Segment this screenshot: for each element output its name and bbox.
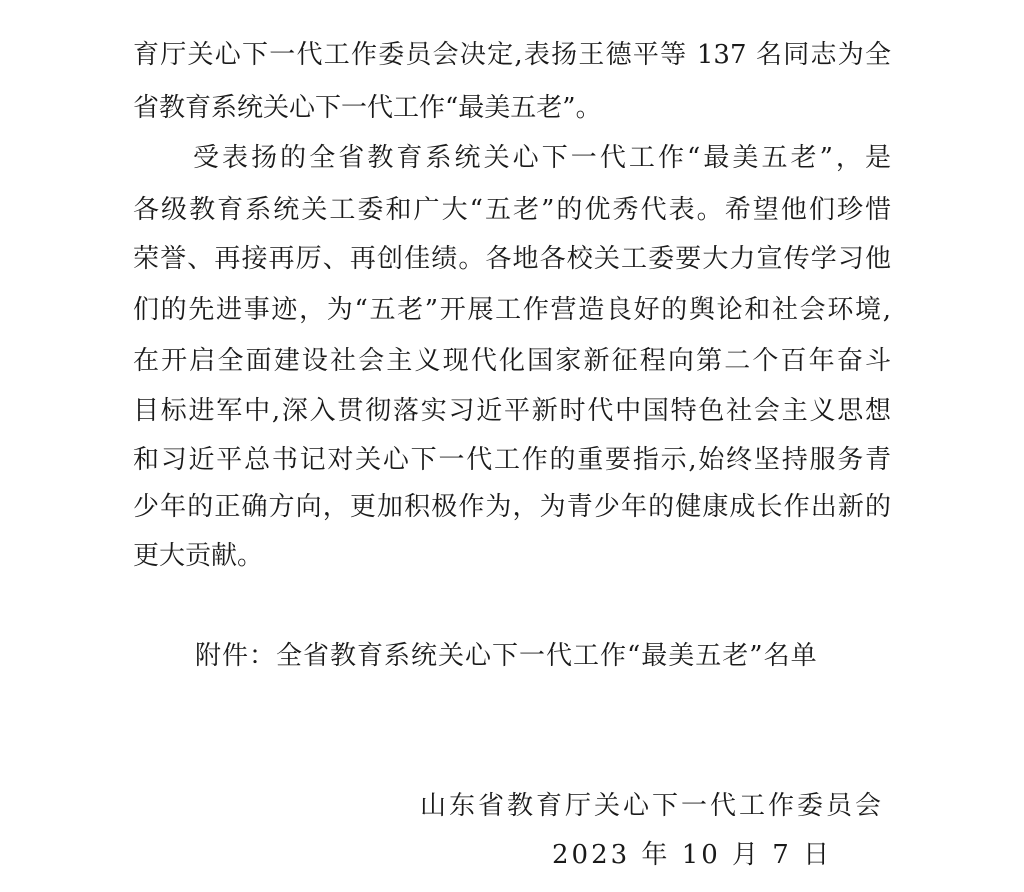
paragraph-2-line-2: 各级教育系统关工委和广大“五老”的优秀代表。希望他们珍惜 bbox=[133, 195, 891, 225]
paragraph-2-line-1: 受表扬的全省教育系统关心下一代工作“最美五老”，是 bbox=[193, 143, 891, 173]
paragraph-1-line-1: 育厅关心下一代工作委员会决定,表扬王德平等 137 名同志为全 bbox=[133, 40, 891, 70]
paragraph-2-line-5: 在开启全面建设社会主义现代化国家新征程向第二个百年奋斗 bbox=[133, 346, 891, 376]
attachment-note: 附件：全省教育系统关心下一代工作“最美五老”名单 bbox=[195, 641, 818, 671]
paragraph-2-line-3: 荣誉、再接再厉、再创佳绩。各地各校关工委要大力宣传学习他 bbox=[133, 244, 891, 274]
paragraph-2-line-9: 更大贡献。 bbox=[133, 541, 891, 571]
paragraph-2-line-6: 目标进军中,深入贯彻落实习近平新时代中国特色社会主义思想 bbox=[133, 396, 891, 426]
document-page: 育厅关心下一代工作委员会决定,表扬王德平等 137 名同志为全 省教育系统关心下… bbox=[0, 0, 1024, 892]
paragraph-2-line-7: 和习近平总书记对关心下一代工作的重要指示,始终坚持服务青 bbox=[133, 445, 891, 475]
paragraph-2-line-8: 少年的正确方向，更加积极作为，为青少年的健康成长作出新的 bbox=[133, 492, 891, 522]
signature-organization: 山东省教育厅关心下一代工作委员会 bbox=[420, 791, 884, 821]
paragraph-1-line-2: 省教育系统关心下一代工作“最美五老”。 bbox=[133, 93, 891, 123]
signature-date: 2023 年 10 月 7 日 bbox=[552, 840, 832, 870]
paragraph-2-line-4: 们的先进事迹，为“五老”开展工作营造良好的舆论和社会环境, bbox=[133, 295, 891, 325]
